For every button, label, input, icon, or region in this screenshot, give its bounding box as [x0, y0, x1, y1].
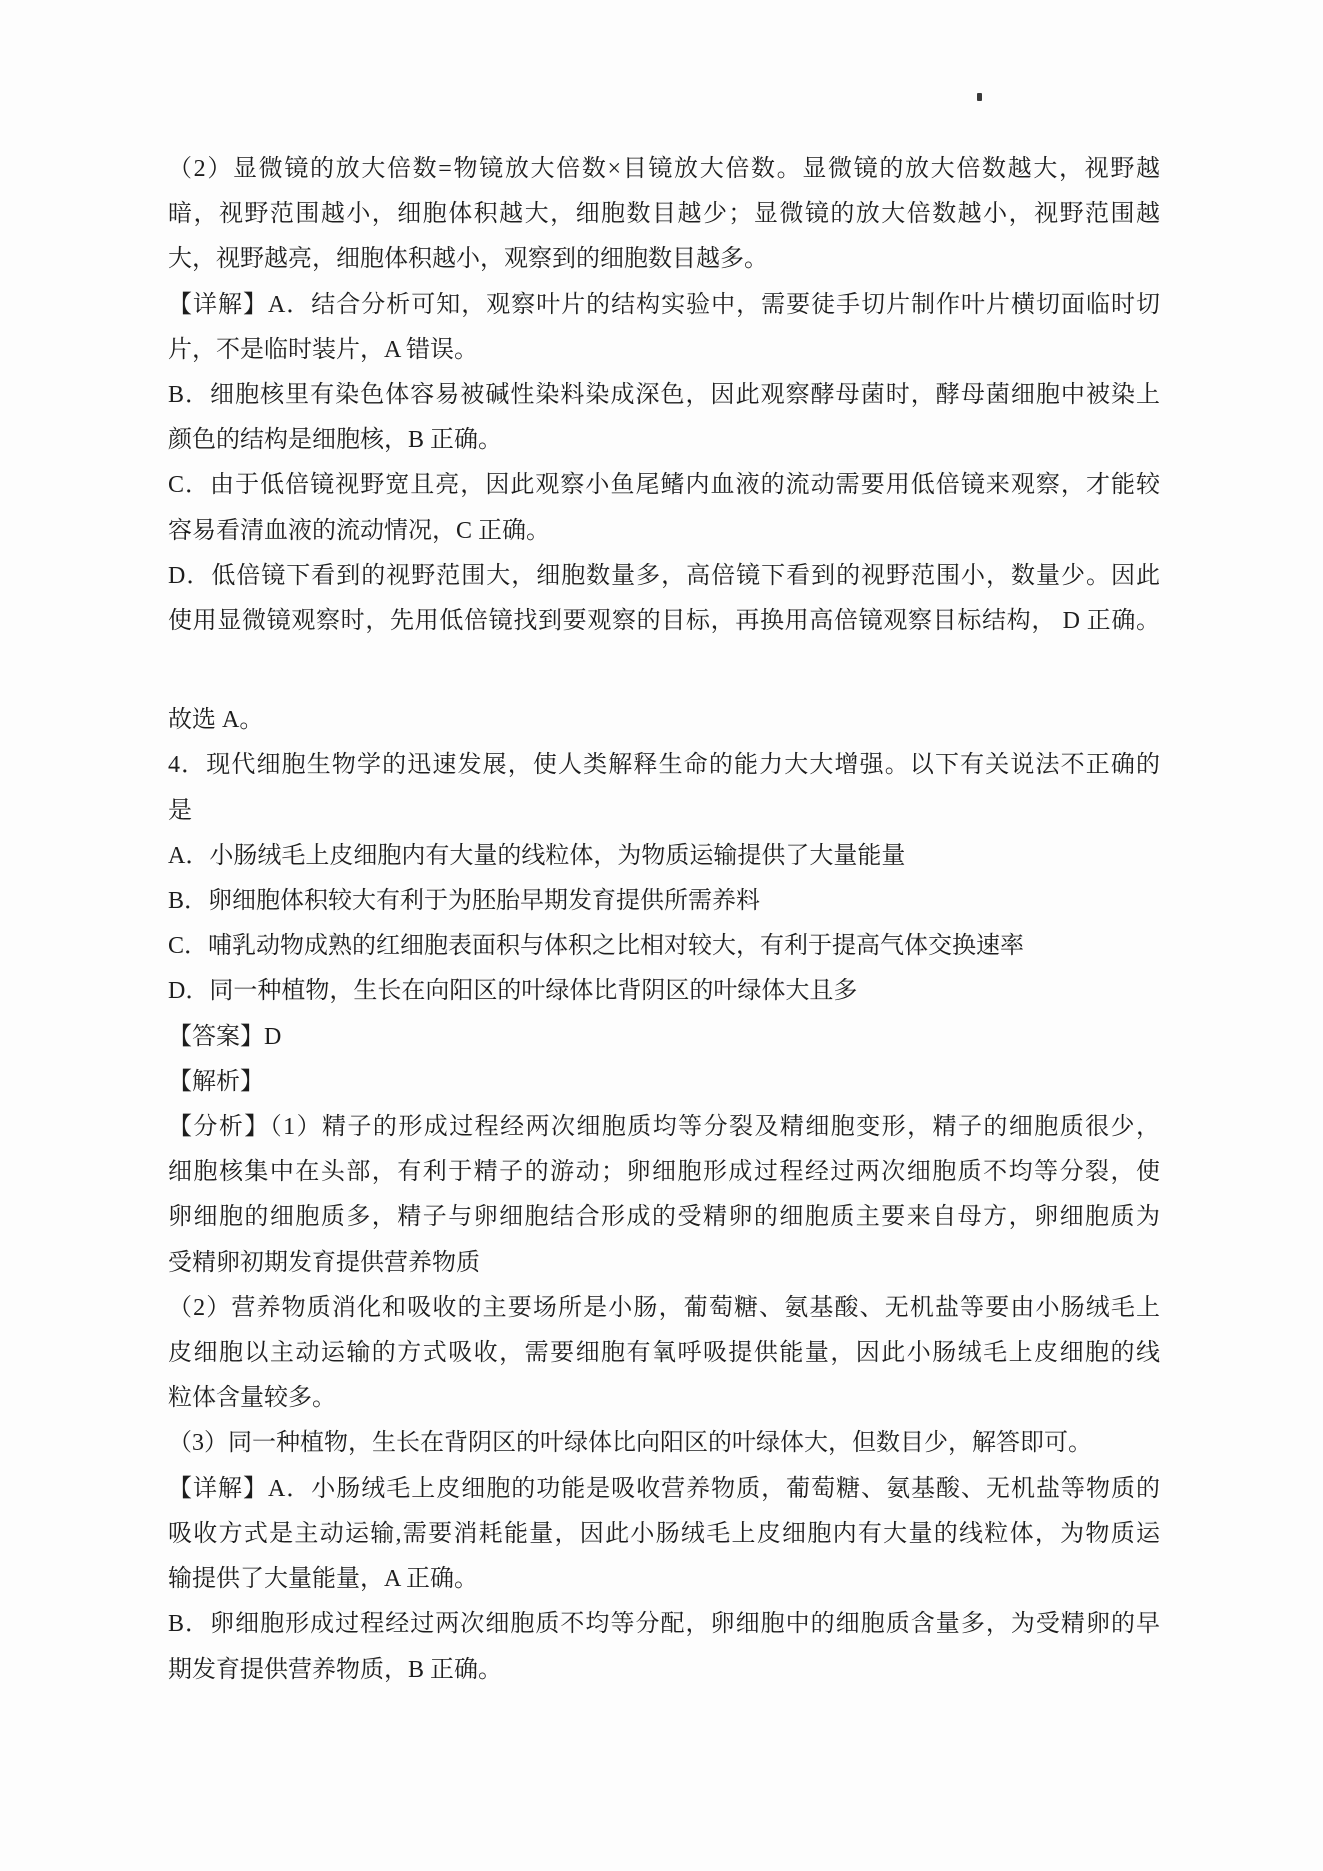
text-line: 颜色的结构是细胞核，B 正确。 — [168, 418, 1160, 463]
text-line: 卵细胞的细胞质多，精子与卵细胞结合形成的受精卵的细胞质主要来自母方，卵细胞质为 — [168, 1195, 1160, 1240]
text-line: B．卵细胞形成过程经过两次细胞质不均等分配，卵细胞中的细胞质含量多，为受精卵的早 — [168, 1602, 1160, 1647]
text-line: 期发育提供营养物质，B 正确。 — [168, 1648, 1160, 1693]
text-line: 【答案】D — [168, 1015, 1160, 1060]
text-line: 大，视野越亮，细胞体积越小，观察到的细胞数目越多。 — [168, 237, 1160, 282]
text-line: 4．现代细胞生物学的迅速发展，使人类解释生命的能力大大增强。以下有关说法不正确的 — [168, 743, 1160, 788]
text-line: 受精卵初期发育提供营养物质 — [168, 1241, 1160, 1286]
text-line: 【详解】A．小肠绒毛上皮细胞的功能是吸收营养物质，葡萄糖、氨基酸、无机盐等物质的 — [168, 1467, 1160, 1512]
text-line: B．细胞核里有染色体容易被碱性染料染成深色，因此观察酵母菌时，酵母菌细胞中被染上 — [168, 373, 1160, 418]
text-line: 片，不是临时装片，A 错误。 — [168, 328, 1160, 373]
text-line: 【解析】 — [168, 1060, 1160, 1105]
text-line: 【分析】（1）精子的形成过程经两次细胞质均等分裂及精细胞变形，精子的细胞质很少， — [168, 1105, 1160, 1150]
text-line: 细胞核集中在头部，有利于精子的游动；卵细胞形成过程经过两次细胞质不均等分裂，使 — [168, 1150, 1160, 1195]
text-line: （3）同一种植物，生长在背阴区的叶绿体比向阳区的叶绿体大，但数目少，解答即可。 — [168, 1421, 1160, 1466]
text-line: 容易看清血液的流动情况，C 正确。 — [168, 509, 1160, 554]
stray-dot-mark — [977, 93, 982, 101]
text-line: 输提供了大量能量，A 正确。 — [168, 1557, 1160, 1602]
document-page: （2）显微镜的放大倍数=物镜放大倍数×目镜放大倍数。显微镜的放大倍数越大，视野越… — [0, 0, 1323, 1871]
text-line: 皮细胞以主动运输的方式吸收，需要细胞有氧呼吸提供能量，因此小肠绒毛上皮细胞的线 — [168, 1331, 1160, 1376]
text-line: 是 — [168, 789, 1160, 834]
text-line: 粒体含量较多。 — [168, 1376, 1160, 1421]
text-line: D．低倍镜下看到的视野范围大，细胞数量多，高倍镜下看到的视野范围小，数量少。因此 — [168, 554, 1160, 599]
text-line: D．同一种植物，生长在向阳区的叶绿体比背阴区的叶绿体大且多 — [168, 969, 1160, 1014]
text-line: B．卵细胞体积较大有利于为胚胎早期发育提供所需养料 — [168, 879, 1160, 924]
text-line: 使用显微镜观察时，先用低倍镜找到要观察的目标，再换用高倍镜观察目标结构， D 正… — [168, 599, 1160, 644]
text-line: （2）营养物质消化和吸收的主要场所是小肠，葡萄糖、氨基酸、无机盐等要由小肠绒毛上 — [168, 1286, 1160, 1331]
text-line: 【详解】A．结合分析可知，观察叶片的结构实验中，需要徒手切片制作叶片横切面临时切 — [168, 283, 1160, 328]
text-line: （2）显微镜的放大倍数=物镜放大倍数×目镜放大倍数。显微镜的放大倍数越大，视野越 — [168, 147, 1160, 192]
text-line: C．哺乳动物成熟的红细胞表面积与体积之比相对较大，有利于提高气体交换速率 — [168, 924, 1160, 969]
text-line: 故选 A。 — [168, 698, 1160, 743]
text-line: A．小肠绒毛上皮细胞内有大量的线粒体，为物质运输提供了大量能量 — [168, 834, 1160, 879]
document-body: （2）显微镜的放大倍数=物镜放大倍数×目镜放大倍数。显微镜的放大倍数越大，视野越… — [168, 147, 1160, 1693]
text-line: C．由于低倍镜视野宽且亮，因此观察小鱼尾鳍内血液的流动需要用低倍镜来观察，才能较 — [168, 463, 1160, 508]
text-line: 暗，视野范围越小，细胞体积越大，细胞数目越少；显微镜的放大倍数越小，视野范围越 — [168, 192, 1160, 237]
text-line: 吸收方式是主动运输,需要消耗能量，因此小肠绒毛上皮细胞内有大量的线粒体，为物质运 — [168, 1512, 1160, 1557]
